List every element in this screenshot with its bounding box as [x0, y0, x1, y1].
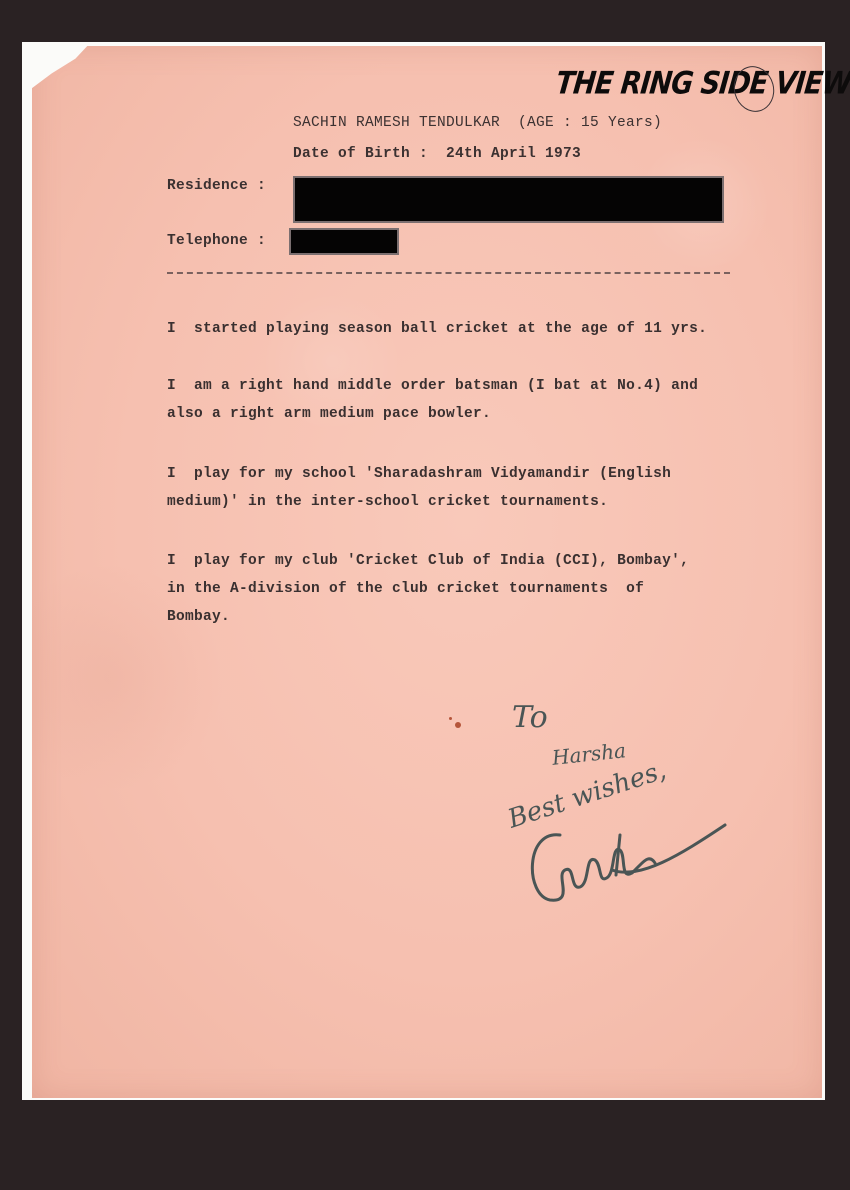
paragraph-club: I play for my club 'Cricket Club of Indi…	[167, 547, 689, 631]
watermark-logo: THE RING SIDE VIEW	[554, 66, 850, 102]
autograph-signature	[520, 815, 740, 915]
name-age-line: SACHIN RAMESH TENDULKAR (AGE : 15 Years)	[293, 115, 662, 131]
residence-redaction	[293, 176, 724, 223]
handwritten-to: To	[512, 700, 548, 735]
date-of-birth-line: Date of Birth : 24th April 1973	[293, 146, 581, 162]
residence-label: Residence :	[167, 178, 266, 194]
paragraph-batsman: I am a right hand middle order batsman (…	[167, 372, 698, 428]
telephone-redaction	[289, 228, 399, 255]
ink-stain	[449, 717, 452, 720]
paragraph-school: I play for my school 'Sharadashram Vidya…	[167, 460, 671, 516]
ink-stain	[455, 722, 461, 728]
dashed-separator	[167, 272, 730, 274]
paragraph-started-playing: I started playing season ball cricket at…	[167, 315, 707, 343]
telephone-label: Telephone :	[167, 233, 266, 249]
